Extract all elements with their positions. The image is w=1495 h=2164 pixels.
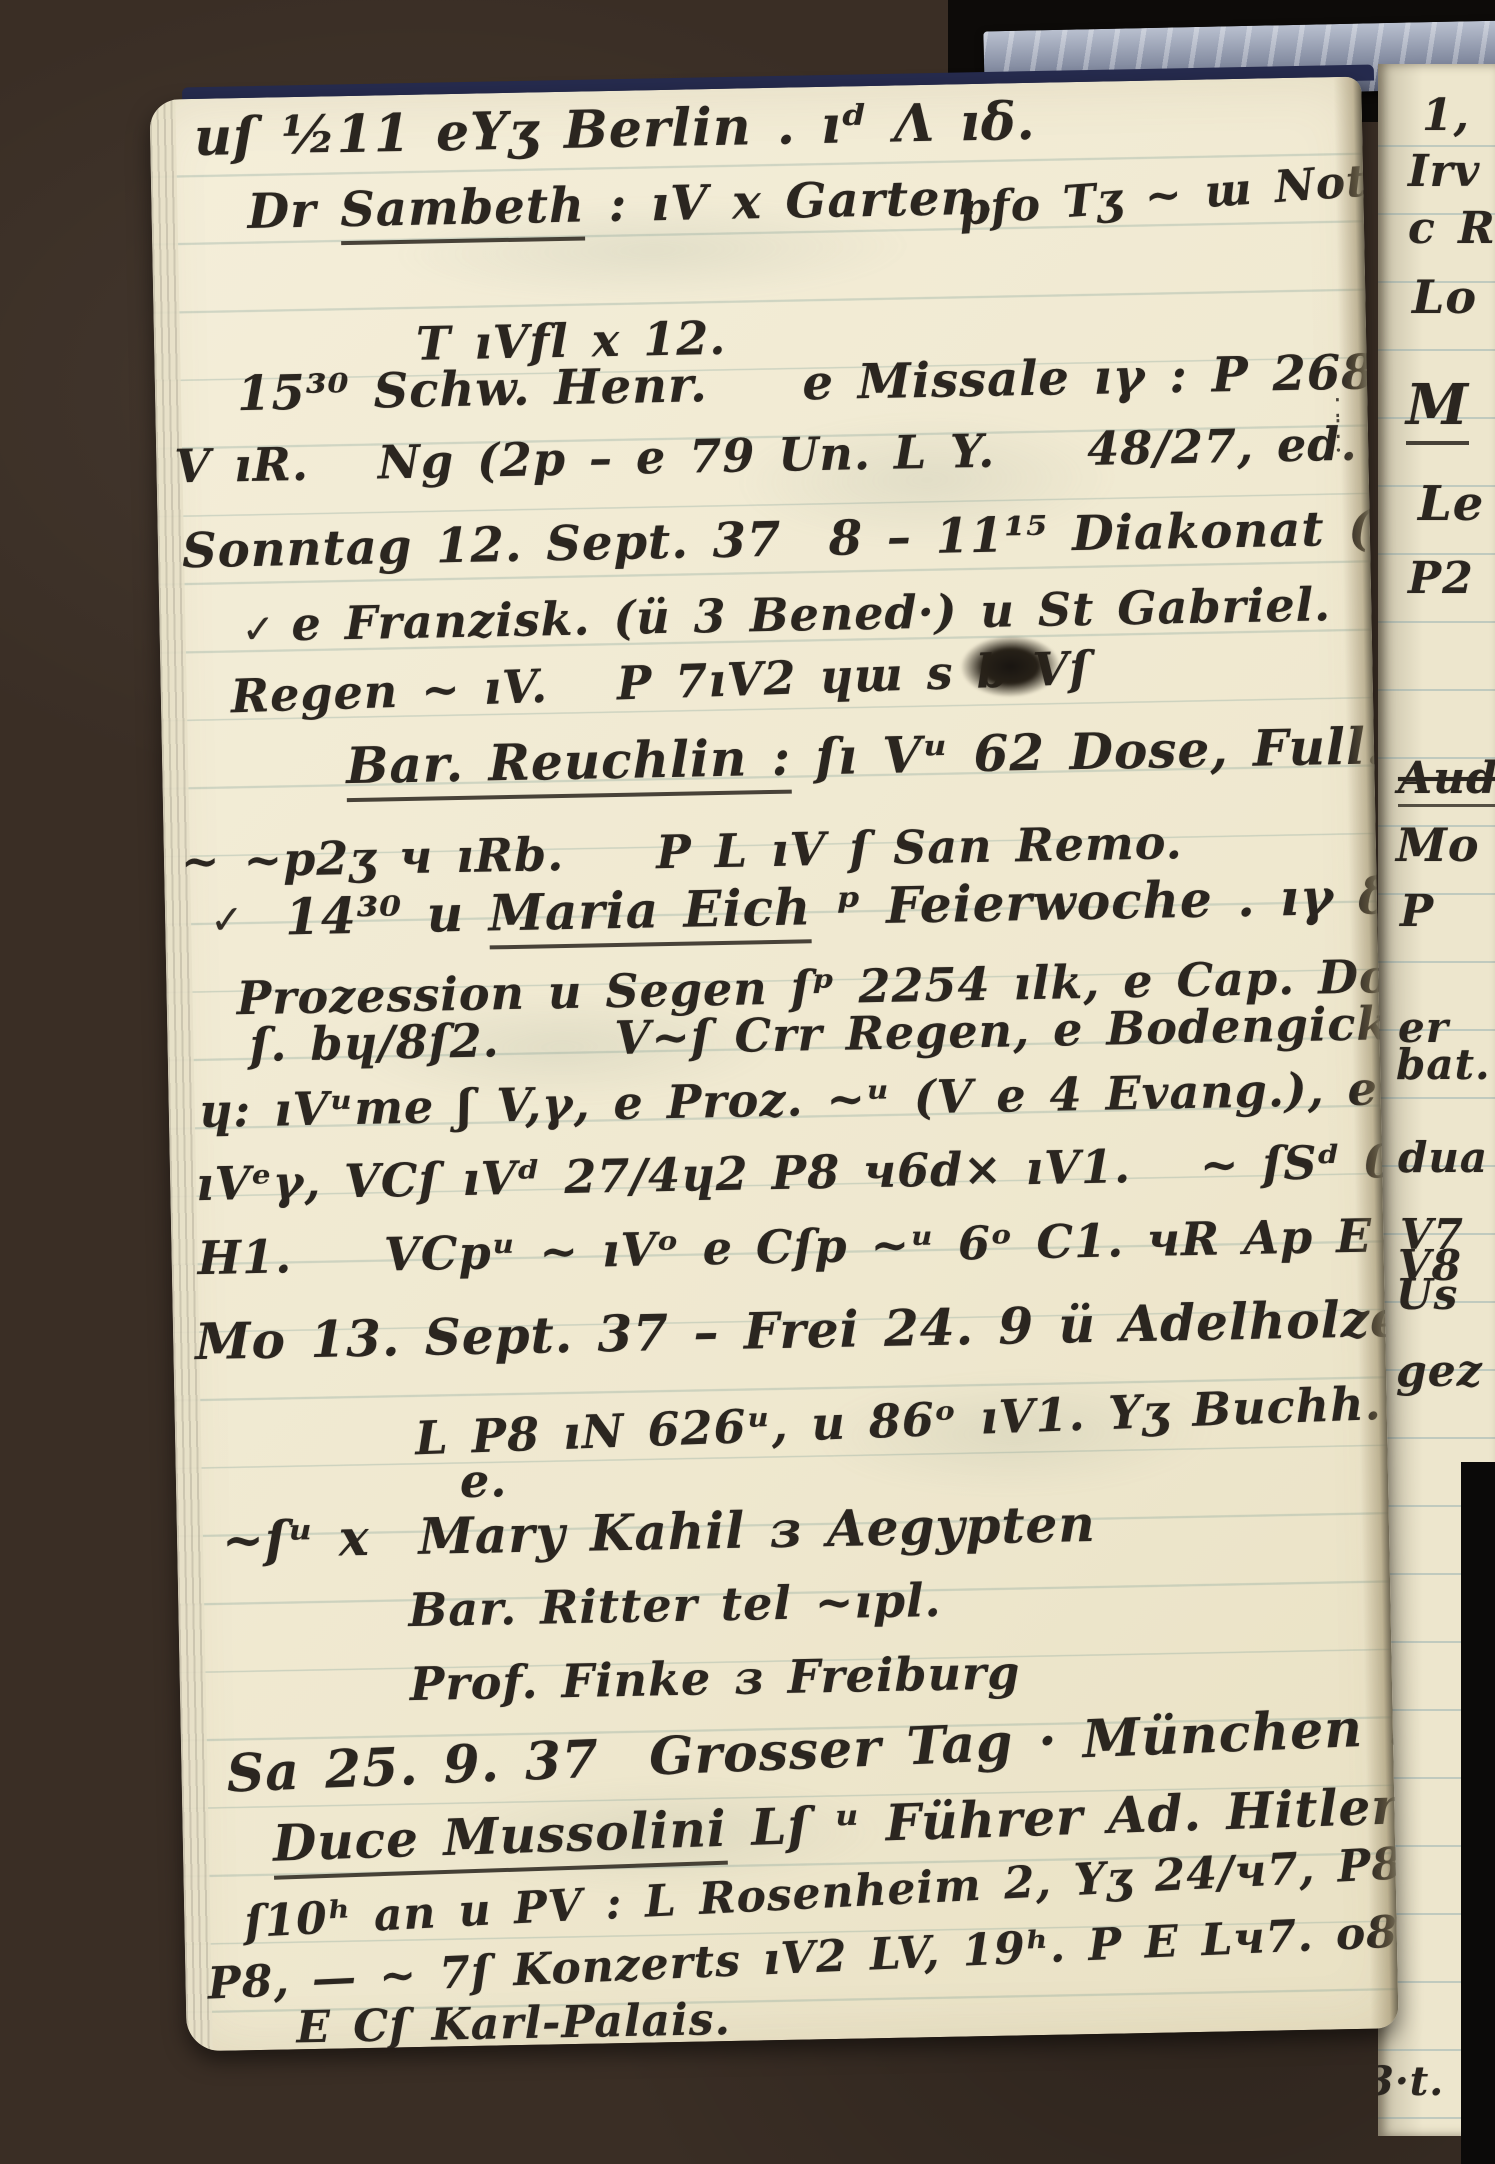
handwriting-segment: dua [1398, 1133, 1488, 1182]
handwriting-segment: e. [459, 1453, 507, 1508]
handwriting-segment: E Cſ Karl-Palais. [296, 1994, 731, 2051]
handwriting-segment: Dr [247, 182, 341, 240]
handwriting-segment: V ıR. Ng (2p – e 79 Un. L Y. 48/27, ed. [174, 417, 1358, 494]
handwriting-segment: Mo [1396, 818, 1480, 872]
checkmark: ✓ [210, 896, 245, 944]
handwritten-line: E Cſ Karl-Palais. [296, 1994, 731, 2051]
handwritten-fragment: Aud [1398, 753, 1495, 804]
dark-cover-strip-right [1461, 1462, 1495, 2164]
handwritten-line: ~ſᵘ x Mary Kahil з Aegypten [221, 1494, 1096, 1570]
handwritten-line: Bar. Reuchlin : ſı Vᵘ 62 Dose, Full. [346, 716, 1385, 795]
handwriting-segment: H1. VCpᵘ ~ ıVᵒ e Cſp ~ᵘ 6ᵒ C1. чR Ap E L… [197, 1204, 1399, 1285]
handwriting-segment: Sambeth [340, 177, 586, 245]
photo-of-notebook: { "scene": { "background_color": "#3a2e2… [0, 0, 1495, 2164]
handwritten-fragment: Us [1396, 1270, 1458, 1319]
fold-marks: ⁚ ⁚ · [1333, 399, 1342, 462]
handwritten-fragment: gez [1396, 1346, 1483, 1397]
handwritten-line: H1. VCpᵘ ~ ıVᵒ e Cſp ~ᵘ 6ᵒ C1. чR Ap E L… [197, 1204, 1399, 1285]
handwriting-segment: ſı Vᵘ 62 Dose, Full. [790, 716, 1384, 786]
handwritten-fragment: Irv [1408, 146, 1480, 197]
handwritten-fragment: dua [1398, 1133, 1488, 1182]
handwritten-line: Bar. Ritter tel ~ıpl. [408, 1573, 942, 1637]
handwritten-fragment: P [1400, 886, 1434, 937]
handwriting-segment: M [1406, 372, 1469, 445]
handwriting-segment: ~ſᵘ x Mary Kahil з Aegypten [221, 1494, 1096, 1570]
handwritten-fragment: 1, [1422, 90, 1470, 141]
checkmark: ✓ [241, 605, 276, 653]
handwriting-segment: Lo [1412, 270, 1477, 324]
handwritten-fragment: P2 [1408, 553, 1474, 604]
handwritten-line: ıVᵉγ, VCſ ıVᵈ 27/4ɥ2 P8 ч6d× ıV1. ~ ſSᵈ … [196, 1131, 1399, 1211]
handwritten-line: 15³⁰ Schw. Henr. e Missale ıγ : P 268 [237, 344, 1377, 422]
handwriting-segment: pfo Tʒ ~ ɯ Notar. [957, 151, 1398, 236]
handwritten-fragment: Le [1418, 476, 1484, 532]
handwritten-fragment: c R [1408, 203, 1495, 254]
handwriting-segment: 15³⁰ Schw. Henr. e Missale ıγ : P 268 [237, 344, 1377, 422]
handwriting-segment: P [1400, 886, 1434, 937]
handwriting-segment: 14³⁰ u [285, 883, 490, 946]
handwritten-fragment: M [1406, 372, 1469, 438]
handwritten-line: uſ ½11 eYʒ Berlin . ıᵈ Λ ıδ. [194, 91, 1037, 168]
handwriting-segment: Aud [1398, 753, 1495, 807]
handwriting-segment: ıVᵉγ, VCſ ıVᵈ 27/4ɥ2 P8 ч6d× ıV1. ~ ſSᵈ … [196, 1131, 1399, 1211]
handwritten-line: pfo Tʒ ~ ɯ Notar. [957, 151, 1398, 236]
handwriting-segment: bat. [1396, 1040, 1491, 1089]
handwriting-segment: : ıV x Garten. [584, 170, 994, 234]
handwriting-segment: e Franzisk. (ü 3 Bened·) u St Gabriel. [291, 577, 1332, 651]
handwriting-segment: Bar. Reuchlin : [346, 728, 792, 803]
handwriting-segment: ✓ [210, 896, 245, 944]
handwriting-segment: c R [1408, 203, 1495, 254]
handwritten-line: e Franzisk. (ü 3 Bened·) u St Gabriel. [291, 577, 1332, 651]
handwritten-line: V ıR. Ng (2p – e 79 Un. L Y. 48/27, ed. [174, 417, 1358, 494]
handwritten-line: e. [459, 1453, 507, 1508]
handwriting-segment: Bar. Ritter tel ~ıpl. [408, 1573, 942, 1637]
handwriting-segment: Irv [1408, 146, 1480, 197]
handwriting-segment: Mo 13. Sept. 37 – Frei 24. 9 ü Adelholze… [195, 1288, 1399, 1371]
handwriting-segment: ᵖ Feierwoche . ıγ δ [811, 866, 1393, 936]
notebook-page: uſ ½11 eYʒ Berlin . ıᵈ Λ ıδ.Dr Sambeth :… [149, 77, 1398, 2052]
handwriting-segment: uſ ½11 eYʒ Berlin . ıᵈ Λ ıδ. [194, 91, 1037, 168]
handwritten-line: Prof. Finke з Freiburg [409, 1645, 1021, 1711]
handwriting-segment: Us [1396, 1270, 1458, 1319]
handwriting-segment: Maria Eich [488, 877, 812, 949]
handwriting-segment: ✓ [241, 605, 276, 653]
handwritten-fragment: Lo [1412, 270, 1477, 324]
handwritten-fragment: bat. [1396, 1040, 1491, 1089]
handwriting-segment: Prof. Finke з Freiburg [409, 1645, 1021, 1711]
handwritten-line: Mo 13. Sept. 37 – Frei 24. 9 ü Adelholze… [195, 1288, 1399, 1371]
handwriting-segment: 1, [1422, 90, 1470, 141]
handwriting-segment: Le [1418, 476, 1484, 532]
handwriting-segment: gez [1396, 1346, 1483, 1397]
handwritten-fragment: Mo [1396, 818, 1480, 872]
handwriting-segment: P2 [1408, 553, 1474, 604]
